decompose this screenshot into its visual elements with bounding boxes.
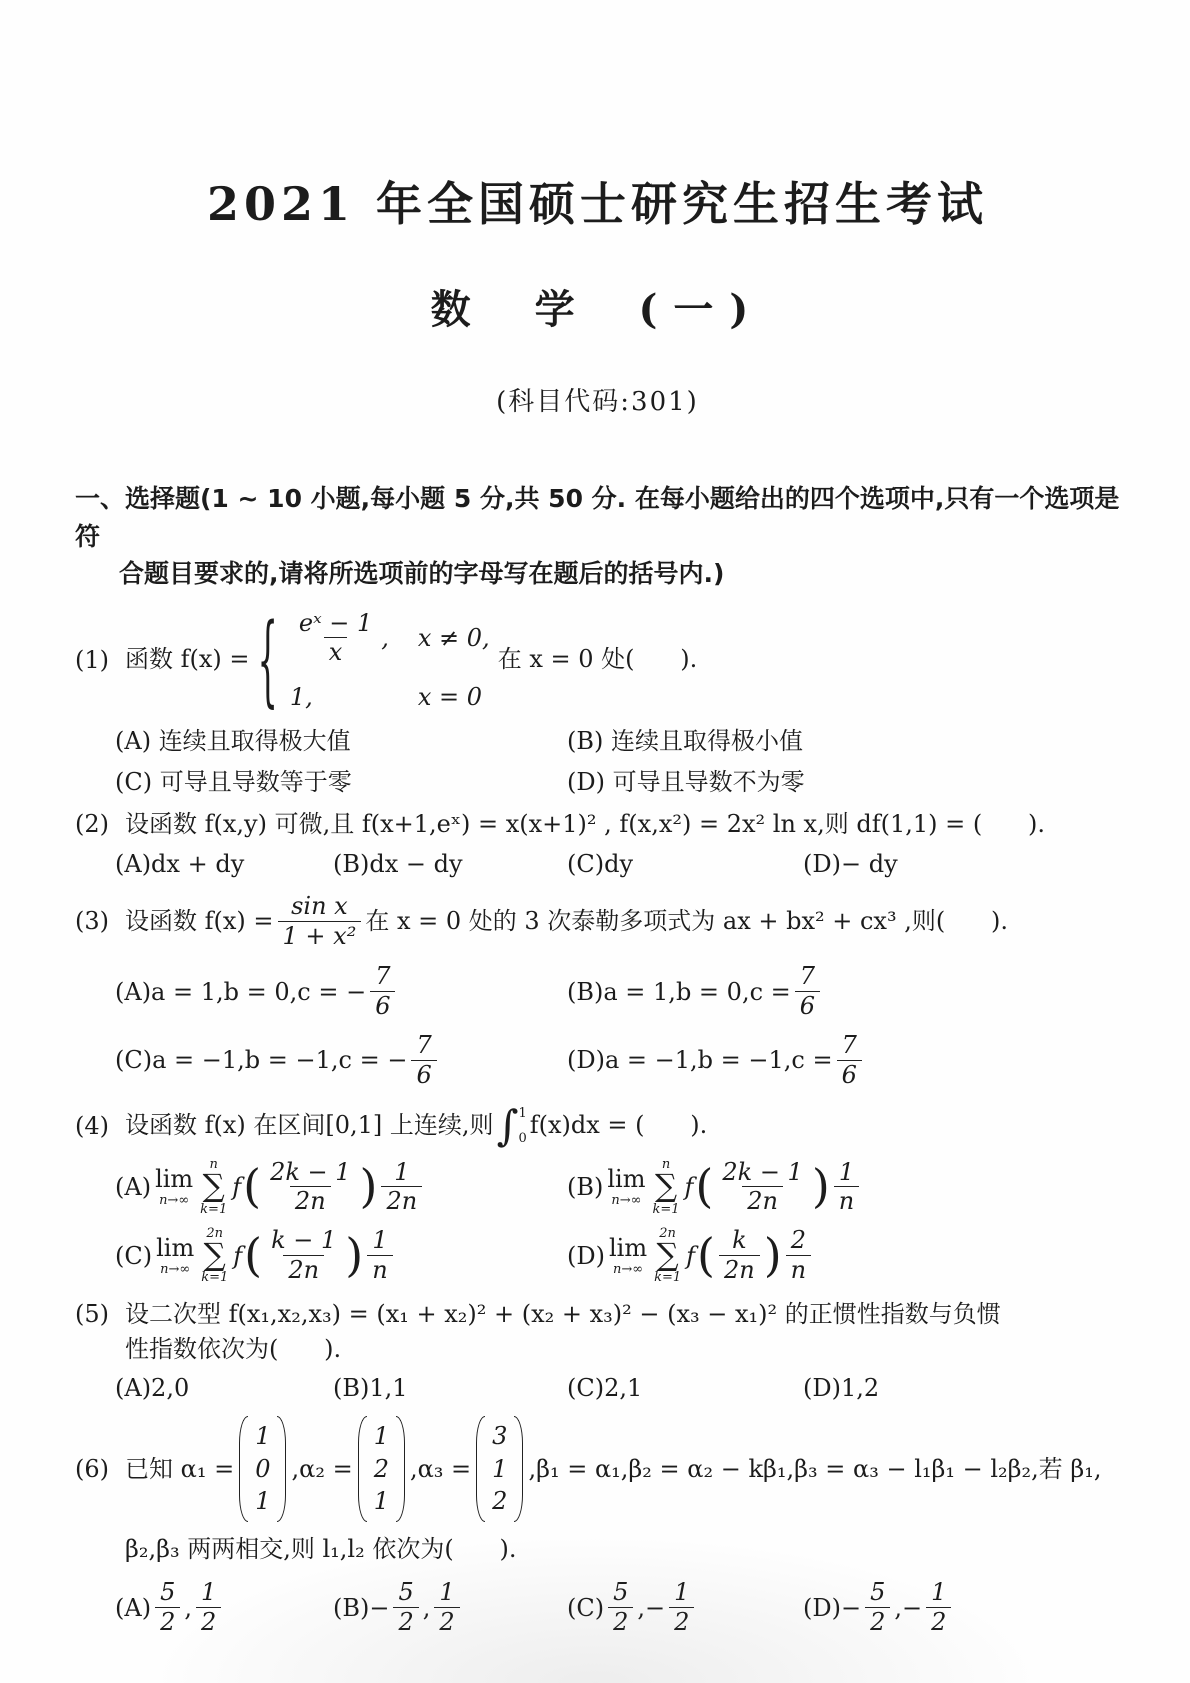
sigma-icon: ∑ — [204, 1240, 226, 1272]
q5-text-line1: 设二次型 f(x₁,x₂,x₃) = (x₁ + x₂)² + (x₂ + x₃… — [125, 1297, 1001, 1332]
fraction: 7 6 — [411, 1031, 436, 1090]
fraction-numerator: 7 — [795, 962, 820, 991]
right-paren-icon: ) — [812, 1166, 830, 1207]
summation-operator: n ∑ k=1 — [200, 1158, 227, 1216]
fraction: 7 6 — [795, 962, 820, 1021]
left-paren-icon — [358, 1416, 367, 1521]
q2-option-d: (D)− dy — [803, 850, 898, 878]
fraction-numerator: 5 — [865, 1578, 890, 1607]
q3-option-b-text: (B)a = 1,b = 0,c = — [567, 978, 791, 1006]
q3-option-a: (A)a = 1,b = 0,c = − 7 6 — [115, 962, 567, 1021]
vector-alpha2: 1 2 1 — [358, 1416, 405, 1521]
vector-entries: 3 1 2 — [485, 1416, 514, 1521]
q6-options: (A) 5 2 , 1 2 (B)− 5 2 , 1 — [75, 1578, 1120, 1637]
right-paren-icon: ) — [360, 1166, 378, 1207]
q4-option-a: (A) lim n→∞ n ∑ k=1 f ( 2k − 1 2n ) — [115, 1158, 567, 1217]
integral-limits: 1 0 — [518, 1104, 526, 1148]
sum-lower: k=1 — [200, 1203, 227, 1216]
vector-entry: 3 — [492, 1420, 507, 1452]
q4-tail: f(x)dx = ( ). — [530, 1108, 708, 1143]
summation-operator: 2n ∑ k=1 — [201, 1227, 228, 1285]
sigma-icon: ∑ — [203, 1171, 225, 1203]
integral-0-1: ∫ 1 0 — [497, 1104, 527, 1148]
q5-option-b: (B)1,1 — [333, 1374, 567, 1402]
q5-option-c: (C)2,1 — [567, 1374, 803, 1402]
question-5: (5) 设二次型 f(x₁,x₂,x₃) = (x₁ + x₂)² + (x₂ … — [75, 1297, 1120, 1403]
fraction-denominator: 2 — [669, 1607, 694, 1637]
q4-option-c: (C) lim n→∞ 2n ∑ k=1 f ( k − 1 2n ) — [115, 1226, 567, 1285]
fraction-denominator: 2n — [290, 1186, 331, 1216]
limit-operator: lim n→∞ — [609, 1236, 647, 1276]
fraction: 1 2 — [669, 1578, 694, 1637]
vector-entries: 1 2 1 — [367, 1416, 396, 1521]
fraction-denominator: 6 — [837, 1060, 862, 1090]
fraction-numerator: sin x — [286, 892, 353, 921]
fraction: k 2n — [719, 1226, 760, 1285]
q5-options: (A)2,0 (B)1,1 (C)2,1 (D)1,2 — [75, 1374, 1120, 1402]
left-paren-icon: ( — [695, 1166, 713, 1207]
q3-options-row1: (A)a = 1,b = 0,c = − 7 6 (B)a = 1,b = 0,… — [75, 962, 1120, 1021]
q3-fraction: sin x 1 + x² — [278, 892, 362, 951]
limit-operator: lim n→∞ — [156, 1236, 194, 1276]
left-paren-icon — [476, 1416, 485, 1521]
vector-alpha3: 3 1 2 — [476, 1416, 523, 1521]
q3-option-a-text: (A)a = 1,b = 0,c = − — [115, 978, 366, 1006]
vector-entry: 0 — [255, 1453, 270, 1485]
lim-subscript: n→∞ — [160, 1263, 190, 1276]
fraction: 5 2 — [155, 1578, 180, 1637]
q5-option-a: (A)2,0 — [115, 1374, 333, 1402]
sum-lower: k=1 — [201, 1271, 228, 1284]
summation-operator: n ∑ k=1 — [652, 1158, 679, 1216]
q3-option-c-text: (C)a = −1,b = −1,c = − — [115, 1046, 407, 1074]
q4-option-b: (B) lim n→∞ n ∑ k=1 f ( 2k − 1 2n ) — [567, 1158, 1019, 1217]
q1-case-1: eˣ − 1 x , x ≠ 0, — [290, 609, 490, 668]
lim-word: lim — [609, 1236, 647, 1260]
q6-text-line2: β₂,β₃ 两两相交,则 l₁,l₂ 依次为( ). — [75, 1532, 1120, 1567]
right-paren-icon — [514, 1416, 523, 1521]
fraction: 1 n — [367, 1226, 392, 1285]
fraction-numerator: 1 — [926, 1578, 951, 1607]
fraction-denominator: 2 — [196, 1607, 221, 1637]
fraction: 2k − 1 2n — [717, 1158, 807, 1217]
fraction: 2 n — [786, 1226, 811, 1285]
fraction: 7 6 — [370, 962, 395, 1021]
q1-case2-value: 1, — [290, 683, 418, 711]
fraction-denominator: 2n — [742, 1186, 783, 1216]
vector-entry: 1 — [374, 1485, 389, 1517]
fraction-denominator: 1 + x² — [278, 921, 362, 951]
fraction: 5 2 — [393, 1578, 418, 1637]
fraction-denominator: n — [367, 1255, 392, 1285]
vector-entry: 2 — [374, 1453, 389, 1485]
q4-options-row2: (C) lim n→∞ 2n ∑ k=1 f ( k − 1 2n ) — [75, 1226, 1120, 1285]
fraction-numerator: k — [727, 1226, 752, 1255]
separator: , — [184, 1594, 192, 1622]
fraction-denominator: 2 — [926, 1607, 951, 1637]
fraction: 5 2 — [608, 1578, 633, 1637]
q1-option-b: (B) 连续且取得极小值 — [567, 721, 1019, 756]
fraction-denominator: n — [834, 1186, 859, 1216]
left-paren-icon: ( — [243, 1166, 261, 1207]
q3-tail: 在 x = 0 处的 3 次泰勒多项式为 ax + bx² + cx³ ,则( … — [365, 904, 1008, 939]
fraction: 1 2 — [434, 1578, 459, 1637]
fraction-numerator: 2 — [786, 1226, 811, 1255]
fraction-denominator: 2 — [865, 1607, 890, 1637]
fraction-numerator: 2k − 1 — [717, 1158, 807, 1187]
separator: ,− — [894, 1594, 922, 1622]
fraction-denominator: 2 — [155, 1607, 180, 1637]
q1-options-row1: (A) 连续且取得极大值 (B) 连续且取得极小值 — [75, 721, 1120, 756]
summation-operator: 2n ∑ k=1 — [654, 1227, 681, 1285]
section-1-header: 一、选择题(1 ~ 10 小题,每小题 5 分,共 50 分. 在每小题给出的四… — [75, 480, 1120, 593]
q2-stem: (2) 设函数 f(x,y) 可微,且 f(x+1,eˣ) = x(x+1)² … — [75, 807, 1120, 842]
right-paren-icon: ) — [345, 1235, 363, 1276]
vector-entry: 1 — [255, 1485, 270, 1517]
q3-option-b: (B)a = 1,b = 0,c = 7 6 — [567, 962, 1019, 1021]
question-1: (1) 函数 f(x) = { eˣ − 1 x , x ≠ 0, — [75, 609, 1120, 798]
exam-subject: 数 学 (一) — [75, 278, 1120, 335]
q6-option-d-label: (D)− — [803, 1594, 861, 1622]
q4-option-c-label: (C) — [115, 1242, 152, 1270]
fraction: 1 n — [834, 1158, 859, 1217]
function-f: f — [685, 1173, 694, 1201]
q6-option-d: (D)− 5 2 ,− 1 2 — [803, 1578, 955, 1637]
lim-word: lim — [156, 1236, 194, 1260]
q5-stem-line1: (5) 设二次型 f(x₁,x₂,x₃) = (x₁ + x₂)² + (x₂ … — [75, 1297, 1120, 1332]
q6-sep2: ,α₃ = — [410, 1452, 471, 1487]
fraction-numerator: 1 — [389, 1158, 414, 1187]
q4-number: (4) — [75, 1112, 125, 1140]
section-header-line2: 合题目要求的,请将所选项前的字母写在题后的括号内.) — [75, 555, 1120, 593]
integral-upper-limit: 1 — [518, 1106, 526, 1121]
fraction-numerator: 1 — [434, 1578, 459, 1607]
fraction-numerator: eˣ − 1 — [294, 609, 377, 638]
left-brace-icon: { — [258, 601, 278, 719]
q2-options: (A)dx + dy (B)dx − dy (C)dy (D)− dy — [75, 850, 1120, 878]
vector-entry: 2 — [492, 1485, 507, 1517]
q6-option-a: (A) 5 2 , 1 2 — [115, 1578, 333, 1637]
vector-alpha1: 1 0 1 — [239, 1416, 286, 1521]
fraction-denominator: 2 — [608, 1607, 633, 1637]
fraction-denominator: x — [324, 637, 348, 667]
q4-options-row1: (A) lim n→∞ n ∑ k=1 f ( 2k − 1 2n ) — [75, 1158, 1120, 1217]
lim-word: lim — [155, 1167, 193, 1191]
exam-title: 2021 年全国硕士研究生招生考试 — [75, 168, 1120, 234]
q3-options-row2: (C)a = −1,b = −1,c = − 7 6 (D)a = −1,b =… — [75, 1031, 1120, 1090]
left-paren-icon: ( — [244, 1235, 262, 1276]
question-4: (4) 设函数 f(x) 在区间[0,1] 上连续,则 ∫ 1 0 f(x)dx… — [75, 1104, 1120, 1285]
q4-stem: (4) 设函数 f(x) 在区间[0,1] 上连续,则 ∫ 1 0 f(x)dx… — [75, 1104, 1120, 1148]
lim-subscript: n→∞ — [613, 1263, 643, 1276]
q1-number: (1) — [75, 646, 125, 674]
sum-lower: k=1 — [654, 1271, 681, 1284]
right-paren-icon — [396, 1416, 405, 1521]
q1-case1-value: eˣ − 1 x , — [290, 609, 418, 668]
q3-option-d-text: (D)a = −1,b = −1,c = — [567, 1046, 833, 1074]
q3-option-d: (D)a = −1,b = −1,c = 7 6 — [567, 1031, 1019, 1090]
sigma-icon: ∑ — [655, 1171, 677, 1203]
q2-number: (2) — [75, 810, 125, 838]
q1-case2-condition: x = 0 — [418, 683, 482, 711]
fraction-denominator: 2n — [381, 1186, 422, 1216]
q4-option-d-label: (D) — [567, 1242, 605, 1270]
vector-entry: 1 — [374, 1420, 389, 1452]
lim-subscript: n→∞ — [611, 1194, 641, 1207]
q2-text: 设函数 f(x,y) 可微,且 f(x+1,eˣ) = x(x+1)² , f(… — [125, 807, 1045, 842]
lim-word: lim — [607, 1167, 645, 1191]
fraction: 1 2 — [926, 1578, 951, 1637]
q6-option-c-label: (C) — [567, 1594, 604, 1622]
q1-option-d: (D) 可导且导数不为零 — [567, 762, 1019, 797]
integral-icon: ∫ — [497, 1105, 519, 1147]
right-paren-icon — [277, 1416, 286, 1521]
q6-stem-line1: (6) 已知 α₁ = 1 0 1 ,α₂ = 1 2 1 — [75, 1416, 1120, 1521]
fraction-numerator: 1 — [196, 1578, 221, 1607]
section-header-line1: 一、选择题(1 ~ 10 小题,每小题 5 分,共 50 分. 在每小题给出的四… — [75, 480, 1120, 555]
q6-lead: 已知 α₁ = — [125, 1452, 234, 1487]
q1-options-row2: (C) 可导且导数等于零 (D) 可导且导数不为零 — [75, 762, 1120, 797]
fraction: 5 2 — [865, 1578, 890, 1637]
q2-option-b: (B)dx − dy — [333, 850, 567, 878]
fraction-denominator: 2n — [719, 1255, 760, 1285]
question-3: (3) 设函数 f(x) = sin x 1 + x² 在 x = 0 处的 3… — [75, 892, 1120, 1090]
limit-operator: lim n→∞ — [155, 1167, 193, 1207]
exam-page: 2021 年全国硕士研究生招生考试 数 学 (一) (科目代码:301) 一、选… — [0, 0, 1190, 1683]
q4-option-a-label: (A) — [115, 1173, 151, 1201]
q3-stem: (3) 设函数 f(x) = sin x 1 + x² 在 x = 0 处的 3… — [75, 892, 1120, 951]
q2-option-c: (C)dy — [567, 850, 803, 878]
fraction-numerator: 5 — [155, 1578, 180, 1607]
q4-lead: 设函数 f(x) 在区间[0,1] 上连续,则 — [125, 1108, 494, 1143]
q1-stem: (1) 函数 f(x) = { eˣ − 1 x , x ≠ 0, — [75, 609, 1120, 712]
fraction-numerator: 2k − 1 — [265, 1158, 355, 1187]
left-paren-icon: ( — [697, 1235, 715, 1276]
fraction-numerator: 5 — [608, 1578, 633, 1607]
q1-case1-condition: x ≠ 0, — [418, 624, 490, 652]
q1-option-a: (A) 连续且取得极大值 — [115, 721, 567, 756]
function-f: f — [233, 1242, 242, 1270]
q5-option-d: (D)1,2 — [803, 1374, 879, 1402]
fraction-numerator: 7 — [837, 1031, 862, 1060]
fraction-numerator: 1 — [834, 1158, 859, 1187]
integral-lower-limit: 0 — [518, 1131, 526, 1146]
comma: , — [381, 624, 389, 652]
q6-option-a-label: (A) — [115, 1594, 151, 1622]
sigma-icon: ∑ — [657, 1240, 679, 1272]
fraction: 1 2n — [381, 1158, 422, 1217]
function-f: f — [686, 1242, 695, 1270]
fraction-numerator: k − 1 — [266, 1226, 341, 1255]
q1-option-c: (C) 可导且导数等于零 — [115, 762, 567, 797]
q1-case-2: 1, x = 0 — [290, 683, 490, 711]
separator: ,− — [637, 1594, 665, 1622]
q6-option-b: (B)− 5 2 , 1 2 — [333, 1578, 567, 1637]
vector-entries: 1 0 1 — [248, 1416, 277, 1521]
q5-text-line2: 性指数依次为( ). — [75, 1332, 1120, 1367]
q2-option-a: (A)dx + dy — [115, 850, 333, 878]
fraction: k − 1 2n — [266, 1226, 341, 1285]
fraction-denominator: 2 — [393, 1607, 418, 1637]
fraction-numerator: 5 — [393, 1578, 418, 1607]
subject-code: (科目代码:301) — [75, 381, 1120, 418]
q1-lead: 函数 f(x) = — [125, 642, 250, 677]
q3-option-c: (C)a = −1,b = −1,c = − 7 6 — [115, 1031, 567, 1090]
separator: , — [423, 1594, 431, 1622]
fraction: 1 2 — [196, 1578, 221, 1637]
q1-piecewise-function: { eˣ − 1 x , x ≠ 0, 1, — [258, 609, 490, 712]
fraction-numerator: 7 — [411, 1031, 436, 1060]
right-paren-icon: ) — [764, 1235, 782, 1276]
q6-sep1: ,α₂ = — [291, 1452, 352, 1487]
fraction-numerator: 1 — [669, 1578, 694, 1607]
fraction: 7 6 — [837, 1031, 862, 1090]
vector-entry: 1 — [492, 1453, 507, 1485]
q4-option-d: (D) lim n→∞ 2n ∑ k=1 f ( k 2n ) 2 — [567, 1226, 1019, 1285]
lim-subscript: n→∞ — [159, 1194, 189, 1207]
question-2: (2) 设函数 f(x,y) 可微,且 f(x+1,eˣ) = x(x+1)² … — [75, 807, 1120, 878]
fraction-numerator: 7 — [370, 962, 395, 991]
q3-number: (3) — [75, 907, 125, 935]
q6-option-b-label: (B)− — [333, 1594, 389, 1622]
q6-number: (6) — [75, 1455, 125, 1483]
q6-tail: ,β₁ = α₁,β₂ = α₂ − kβ₁,β₃ = α₃ − l₁β₁ − … — [528, 1452, 1101, 1487]
limit-operator: lim n→∞ — [607, 1167, 645, 1207]
fraction-denominator: 6 — [411, 1060, 436, 1090]
fraction: eˣ − 1 x — [294, 609, 377, 668]
fraction-denominator: 2n — [283, 1255, 324, 1285]
fraction-numerator: 1 — [367, 1226, 392, 1255]
fraction-denominator: 2 — [434, 1607, 459, 1637]
q5-number: (5) — [75, 1300, 125, 1328]
question-6: (6) 已知 α₁ = 1 0 1 ,α₂ = 1 2 1 — [75, 1416, 1120, 1637]
left-paren-icon — [239, 1416, 248, 1521]
function-f: f — [232, 1173, 241, 1201]
fraction-denominator: 6 — [795, 991, 820, 1021]
q3-lead: 设函数 f(x) = — [125, 904, 274, 939]
sum-lower: k=1 — [652, 1203, 679, 1216]
fraction-denominator: 6 — [370, 991, 395, 1021]
fraction: 2k − 1 2n — [265, 1158, 355, 1217]
vector-entry: 1 — [255, 1420, 270, 1452]
q4-option-b-label: (B) — [567, 1173, 603, 1201]
q1-tail: 在 x = 0 处( ). — [498, 642, 698, 677]
fraction-denominator: n — [786, 1255, 811, 1285]
q1-cases: eˣ − 1 x , x ≠ 0, 1, x = 0 — [290, 609, 490, 712]
q6-option-c: (C) 5 2 ,− 1 2 — [567, 1578, 803, 1637]
